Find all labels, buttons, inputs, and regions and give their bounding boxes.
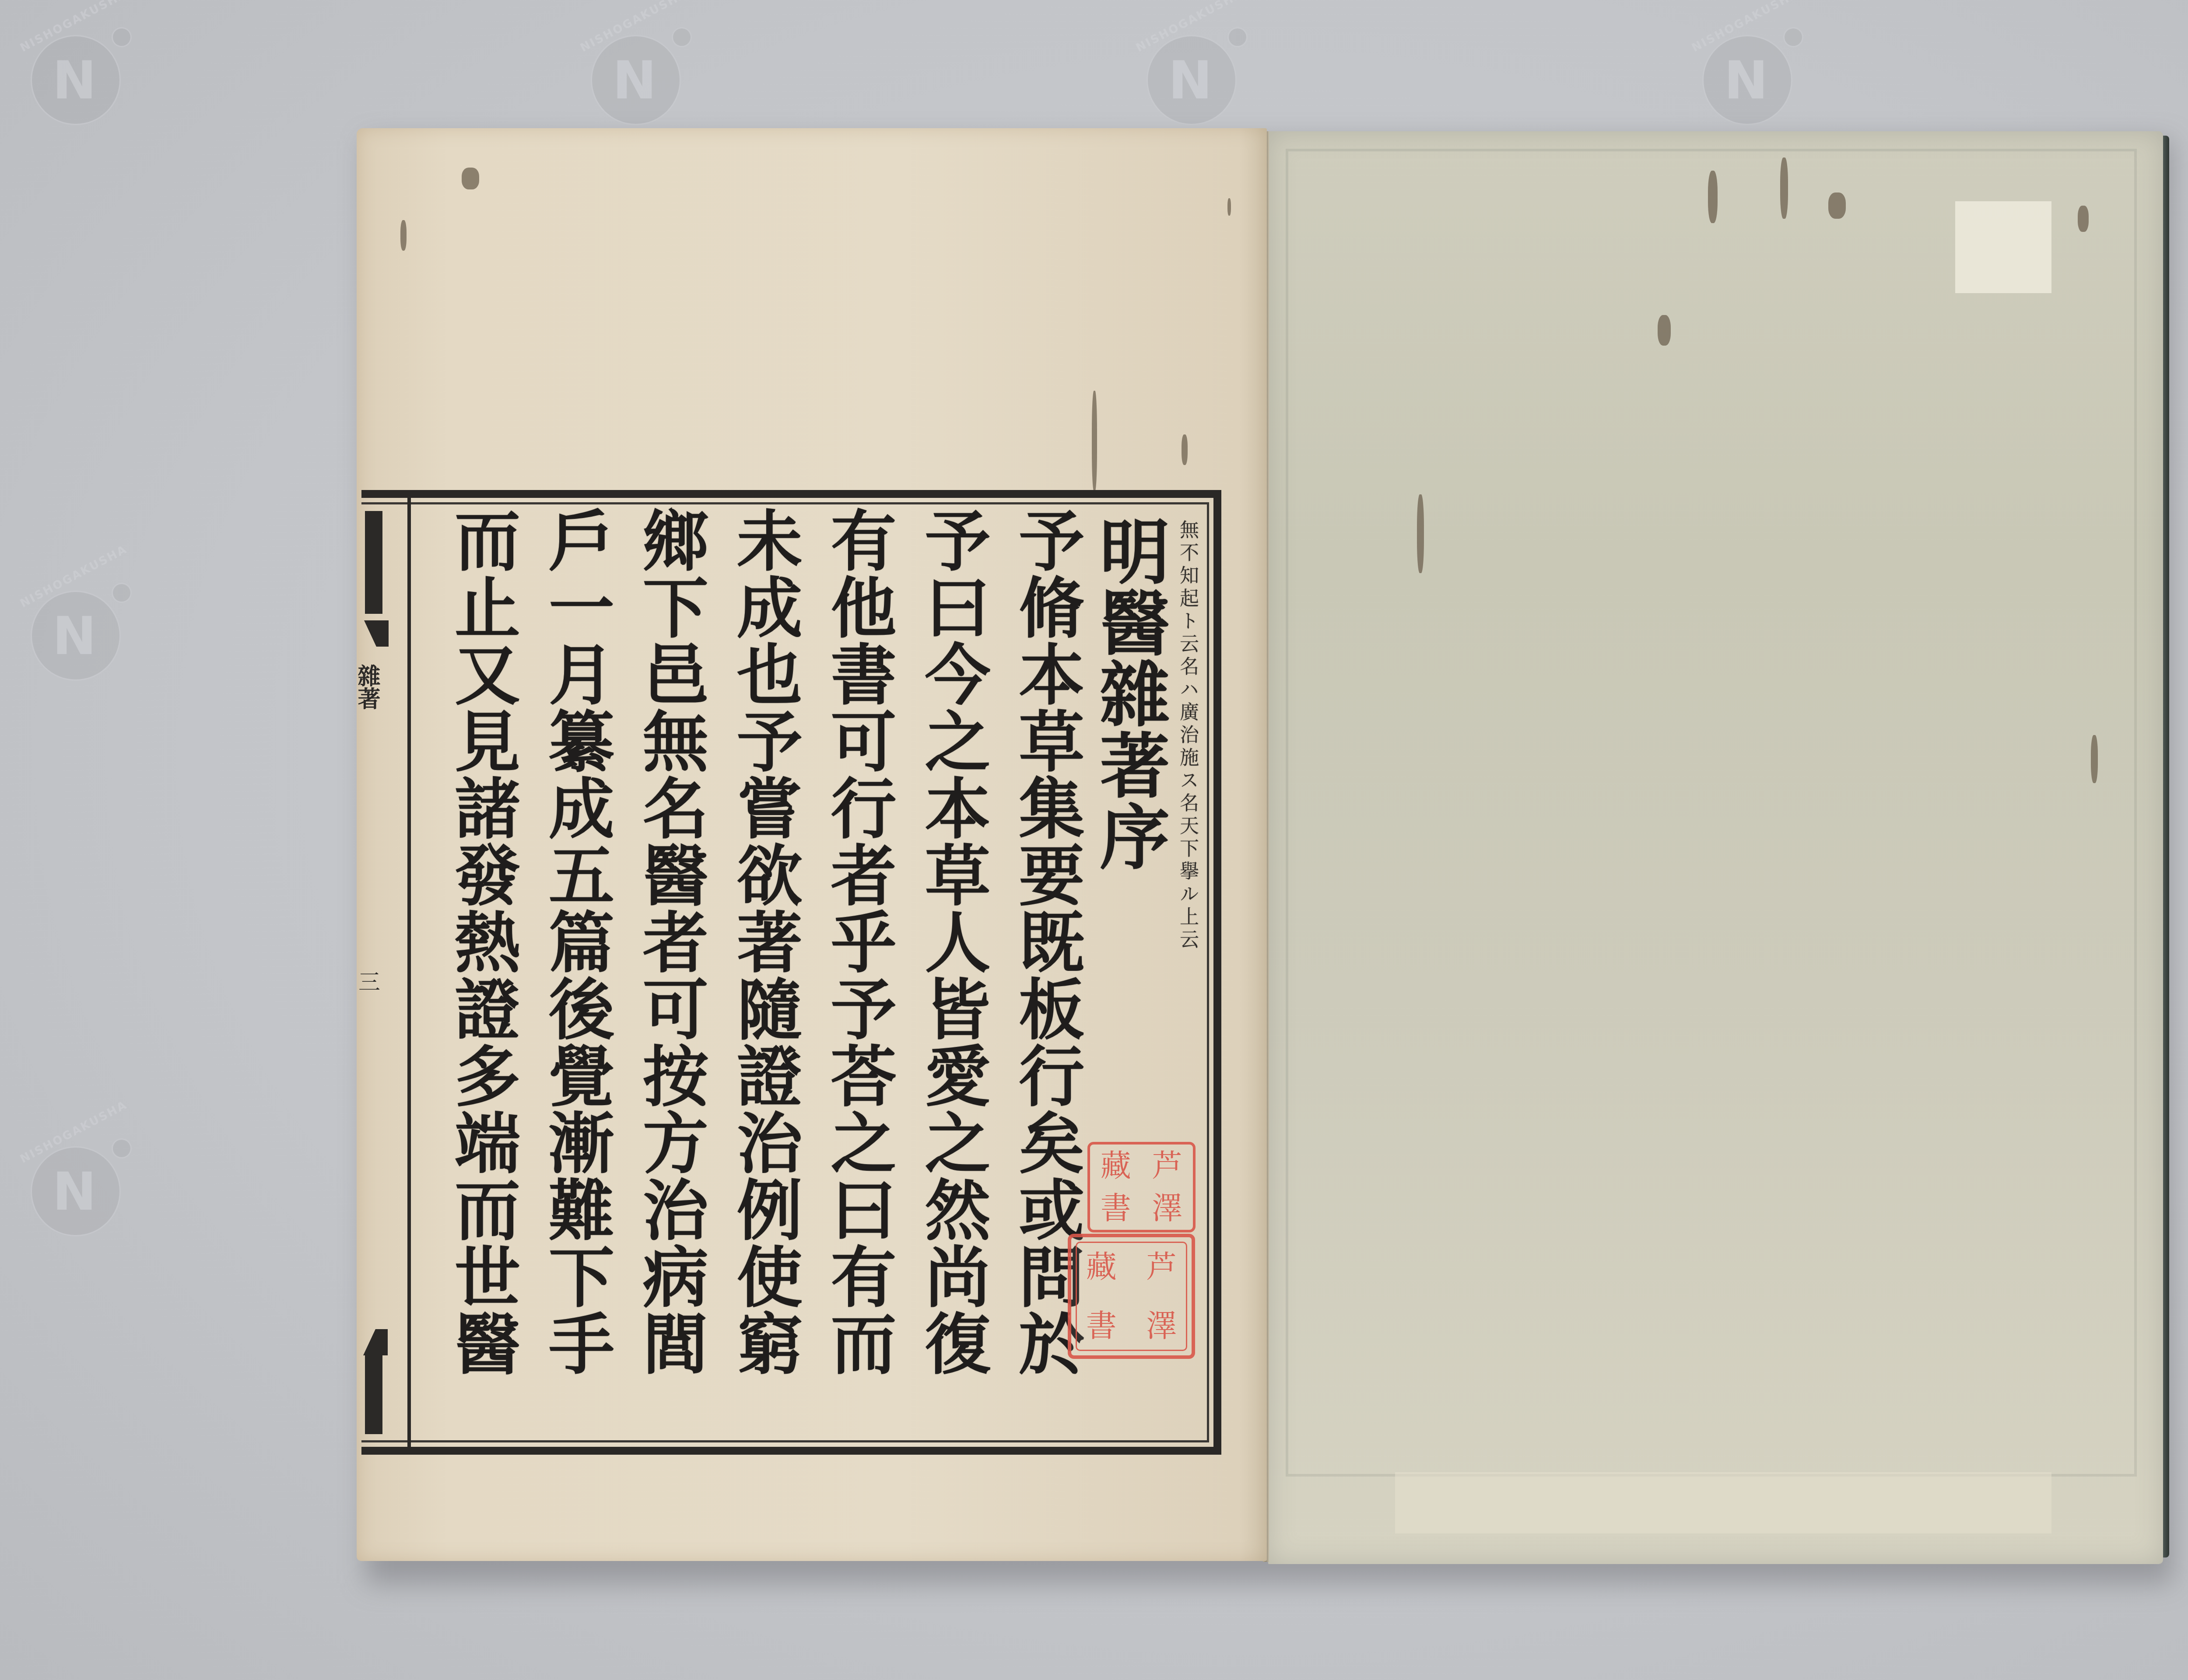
watermark-logo: NISHOGAKUSHAN <box>22 573 136 687</box>
red-ownership-seal: 藏 芦 書 澤 <box>1068 1234 1195 1359</box>
margin-title: 雜著 <box>361 664 383 710</box>
paper-repair-patch <box>1955 201 2051 293</box>
wormhole <box>1417 494 1424 573</box>
wormhole <box>1092 391 1097 491</box>
watermark-logo: NISHOGAKUSHAN <box>582 17 696 131</box>
wormhole <box>400 220 407 251</box>
wormhole <box>1658 315 1671 346</box>
watermark-logo: NISHOGAKUSHA N <box>22 17 136 131</box>
wormhole <box>2091 735 2098 783</box>
text-column: 戶一月纂成五篇後覺漸難下手 <box>521 507 609 1438</box>
wormhole <box>1708 171 1718 223</box>
wormhole <box>462 168 479 189</box>
wormhole <box>1780 157 1788 219</box>
watermark-logo: NISHOGAKUSHAN <box>1694 17 1807 131</box>
text-column: 而止又見諸發熱證多端而世醫 <box>427 507 515 1438</box>
wormhole <box>1828 192 1846 219</box>
watermark-logo: NISHOGAKUSHAN <box>22 1129 136 1242</box>
right-page <box>1268 131 2163 1564</box>
wormhole <box>1227 198 1231 216</box>
text-column: 予曰今之本草人皆愛之然尚復 <box>897 507 985 1438</box>
text-column: 予脩本草集要既板行矣或問於 <box>991 507 1079 1438</box>
center-margin-column: 雜著 三 <box>361 498 411 1447</box>
paper-repair-patch <box>1395 1472 2051 1533</box>
black-bar-ornament <box>365 511 382 614</box>
page-border-mark <box>1286 149 2137 1477</box>
fishtail-ornament <box>363 1329 388 1355</box>
wormhole <box>1182 434 1188 465</box>
fishtail-ornament <box>364 620 389 647</box>
page-edge <box>2163 136 2169 1557</box>
text-column: 鄉下邑無名醫者可按方治病閭 <box>615 507 703 1438</box>
wormhole <box>2078 206 2089 232</box>
black-bar-ornament <box>365 1355 382 1434</box>
page-number: 三 <box>361 970 383 992</box>
watermark-logo: NISHOGAKUSHAN <box>1138 17 1252 131</box>
text-column: 未成也予嘗欲著隨證治例使窮 <box>709 507 797 1438</box>
text-column: 有他書可行者乎予荅之曰有而 <box>803 507 891 1438</box>
red-ownership-seal: 藏 芦 書 澤 <box>1087 1142 1196 1232</box>
